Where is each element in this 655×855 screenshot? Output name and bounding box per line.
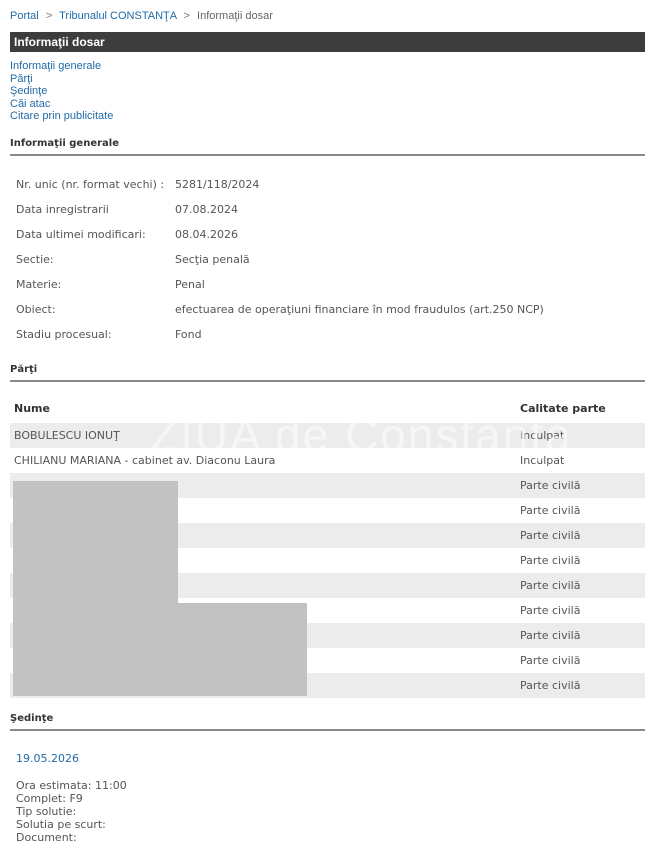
- party-role: Inculpat: [520, 448, 645, 473]
- party-name: BOBULESCU IONUŢ: [10, 423, 520, 448]
- table-row: BOBULESCU IONUŢInculpat: [10, 423, 645, 448]
- toc-link-informatii-generale[interactable]: Informaţii generale: [10, 60, 113, 73]
- session-tip-solutie: Tip solutie:: [16, 805, 127, 818]
- session-date-link[interactable]: 19.05.2026: [16, 752, 127, 765]
- session-complet: Complet: F9: [16, 792, 127, 805]
- breadcrumb-current: Informaţii dosar: [197, 10, 273, 22]
- session-ora-estimata: Ora estimata: 11:00: [16, 779, 127, 792]
- info-value: efectuarea de operaţiuni financiare în m…: [175, 301, 544, 326]
- page-title: Informaţii dosar: [10, 32, 645, 52]
- party-role: Parte civilă: [520, 523, 645, 548]
- info-label: Obiect:: [16, 301, 175, 326]
- info-value: 5281/118/2024: [175, 176, 259, 201]
- breadcrumb-tribunal[interactable]: Tribunalul CONSTANŢA: [59, 10, 176, 22]
- info-row-nr-unic: Nr. unic (nr. format vechi) : 5281/118/2…: [16, 176, 544, 201]
- table-row: CHILIANU MARIANA - cabinet av. Diaconu L…: [10, 448, 645, 473]
- party-role: Parte civilă: [520, 623, 645, 648]
- info-value: Fond: [175, 326, 202, 351]
- toc-link-parti[interactable]: Părţi: [10, 73, 113, 86]
- parties-table-header: Nume Calitate parte: [10, 398, 645, 423]
- section-heading-parti: Părţi: [10, 364, 645, 382]
- party-role: Parte civilă: [520, 598, 645, 623]
- info-label: Stadiu procesual:: [16, 326, 175, 351]
- breadcrumb-portal[interactable]: Portal: [10, 10, 39, 22]
- info-label: Data inregistrarii: [16, 201, 175, 226]
- info-row-stadiu: Stadiu procesual: Fond: [16, 326, 544, 351]
- party-role: Parte civilă: [520, 498, 645, 523]
- breadcrumb-separator: >: [46, 10, 52, 22]
- column-header-name: Nume: [10, 398, 520, 423]
- party-role: Parte civilă: [520, 473, 645, 498]
- party-role: Parte civilă: [520, 673, 645, 698]
- info-row-materie: Materie: Penal: [16, 276, 544, 301]
- party-role: Parte civilă: [520, 573, 645, 598]
- toc-link-cai-atac[interactable]: Căi atac: [10, 98, 113, 111]
- info-row-data-modificari: Data ultimei modificari: 08.04.2026: [16, 226, 544, 251]
- party-role: Parte civilă: [520, 548, 645, 573]
- session-item: 19.05.2026 Ora estimata: 11:00 Complet: …: [16, 752, 127, 844]
- info-label: Sectie:: [16, 251, 175, 276]
- toc-link-citare[interactable]: Citare prin publicitate: [10, 110, 113, 123]
- general-info-table: Nr. unic (nr. format vechi) : 5281/118/2…: [16, 176, 544, 351]
- session-solutia-pe-scurt: Solutia pe scurt:: [16, 818, 127, 831]
- section-heading-sedinte: Şedinţe: [10, 713, 645, 731]
- toc-link-sedinte[interactable]: Şedinţe: [10, 85, 113, 98]
- info-label: Data ultimei modificari:: [16, 226, 175, 251]
- column-header-role: Calitate parte: [520, 398, 645, 423]
- session-document: Document:: [16, 831, 127, 844]
- info-value: 08.04.2026: [175, 226, 238, 251]
- party-name: CHILIANU MARIANA - cabinet av. Diaconu L…: [10, 448, 520, 473]
- party-role: Inculpat: [520, 423, 645, 448]
- info-value: Penal: [175, 276, 205, 301]
- info-value: 07.08.2024: [175, 201, 238, 226]
- section-nav: Informaţii generale Părţi Şedinţe Căi at…: [10, 60, 113, 123]
- redaction-block: [13, 603, 307, 696]
- info-value: Secţia penală: [175, 251, 250, 276]
- section-heading-general: Informaţii generale: [10, 138, 645, 156]
- breadcrumb: Portal > Tribunalul CONSTANŢA > Informaţ…: [10, 10, 273, 22]
- info-row-data-inregistrarii: Data inregistrarii 07.08.2024: [16, 201, 544, 226]
- info-row-sectie: Sectie: Secţia penală: [16, 251, 544, 276]
- info-label: Materie:: [16, 276, 175, 301]
- info-row-obiect: Obiect: efectuarea de operaţiuni financi…: [16, 301, 544, 326]
- info-label: Nr. unic (nr. format vechi) :: [16, 176, 175, 201]
- party-role: Parte civilă: [520, 648, 645, 673]
- breadcrumb-separator: >: [184, 10, 190, 22]
